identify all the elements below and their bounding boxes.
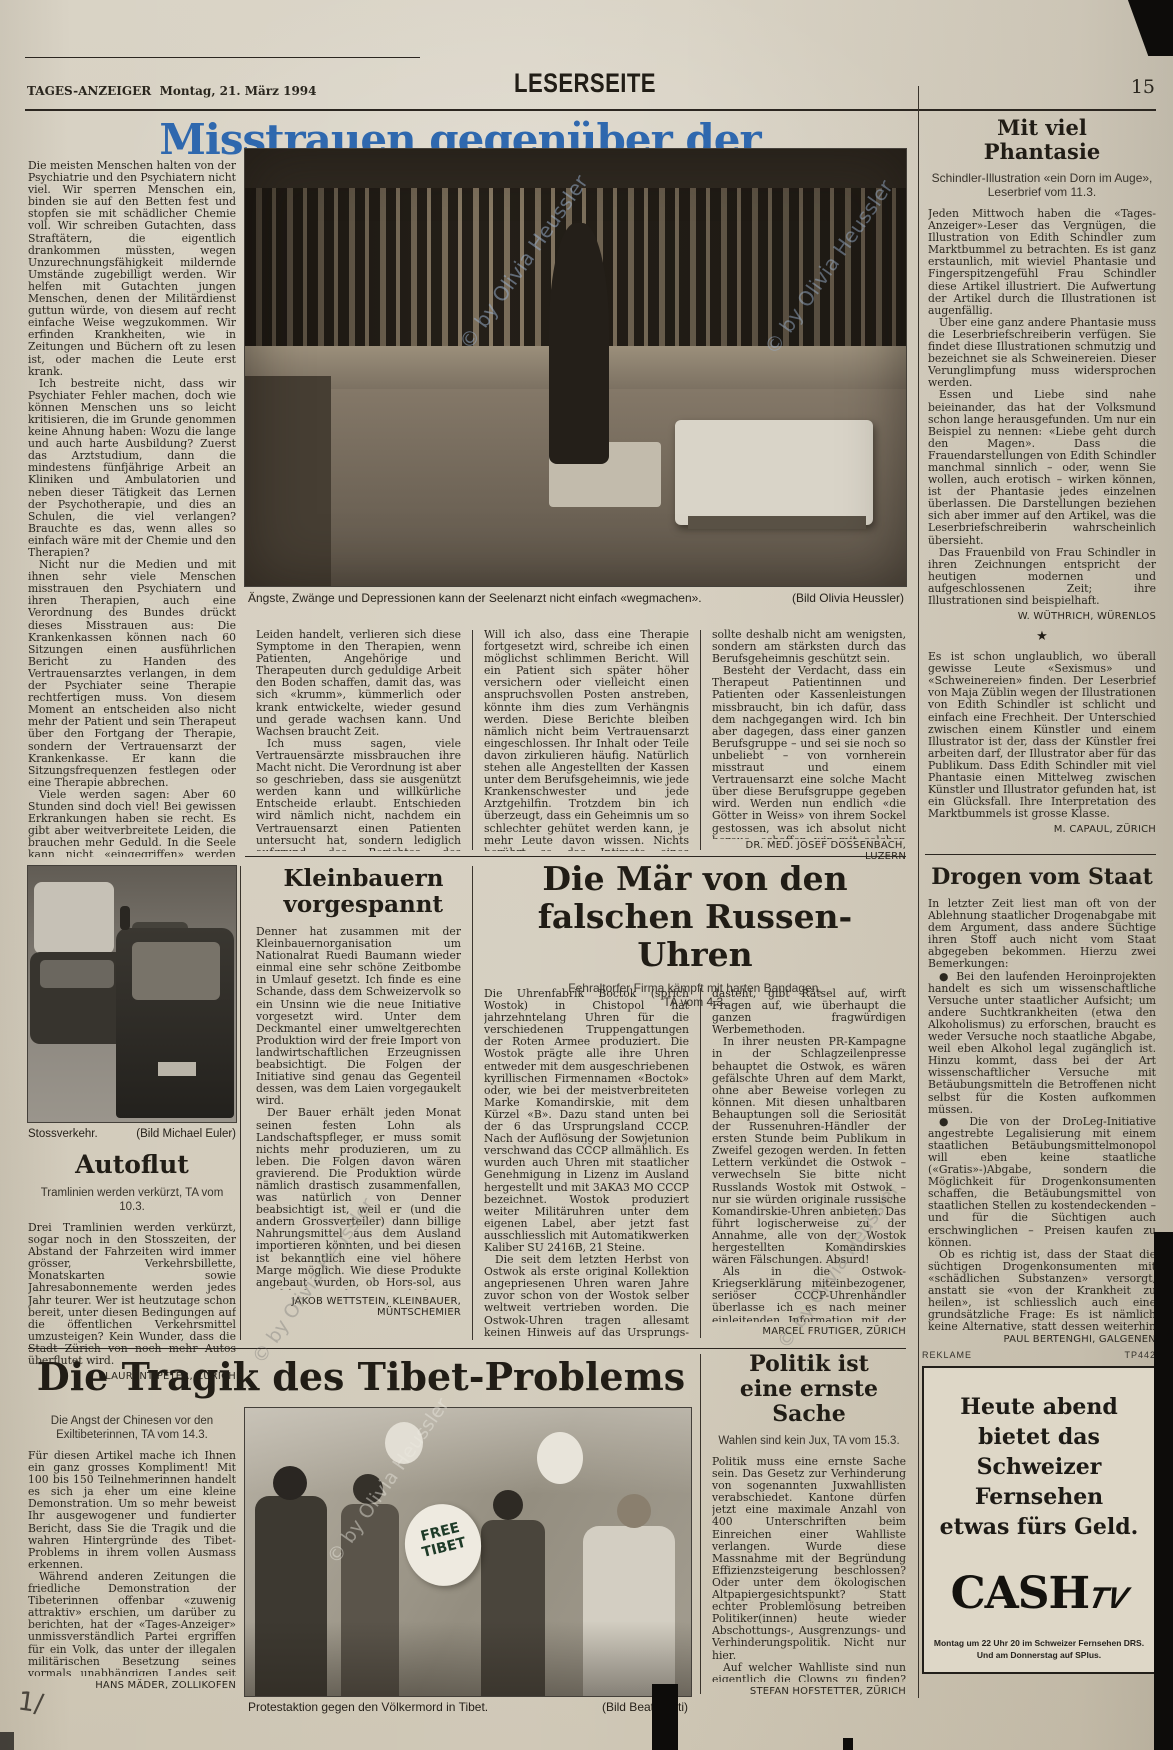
psychiatrie-photo [245,149,906,586]
phantasie-signature-1: W. WÜTHRICH, WÜRENLOS [928,611,1156,622]
header-top-rule [25,57,420,58]
kleinbauern-headline: Kleinbauern vorgespannt [284,866,434,918]
drogen-headline: Drogen vom Staat [928,864,1156,890]
drogen-letter: Drogen vom Staat In letzter Zeit liest m… [928,864,1156,1332]
column-rule [700,630,701,850]
traffic-photo [28,866,236,1122]
autoflut-subhead: Tramlinien werden verkürzt, TA vom 10.3. [28,1186,236,1214]
psychiatrie-column-1: Die meisten Menschen halten von der Psyc… [28,160,236,857]
tibet-body: Für diesen Artikel mache ich Ihnen ein g… [28,1450,236,1676]
photo-head [493,1490,523,1520]
tibet-caption: Protestaktion gegen den Völkermord in Ti… [248,1700,488,1714]
politik-signature: STEFAN HOFSTETTER, ZÜRICH [712,1686,906,1697]
column-rule [472,630,473,850]
photo-head-right [617,1494,651,1528]
photo-rear-window [132,942,220,1000]
psychiatrie-caption-row: Ängste, Zwänge und Depressionen kann der… [248,591,904,605]
photo-credit: (Bild Olivia Heussler) [792,591,904,605]
paper-name: TAGES-ANZEIGER [27,84,151,98]
traffic-caption: Stossverkehr. [28,1128,98,1140]
phantasie-subhead: Schindler-Illustration «ein Dorn im Auge… [928,171,1156,199]
sidebar-rule [918,86,919,1698]
column-rule [700,1354,701,1694]
traffic-caption-row: Stossverkehr. (Bild Michael Euler) [28,1128,236,1140]
reklame-code: TP442 [1124,1350,1156,1360]
phantasie-body-2: Es ist schon unglaublich, wo überall gew… [928,651,1156,820]
photo-caption: Ängste, Zwänge und Depressionen kann der… [248,591,702,605]
tibet-caption-row: Protestaktion gegen den Völkermord in Ti… [248,1700,688,1714]
photo-crowd-shadow [245,1621,691,1696]
ad-text: Heute abend bietet das Schweizer Fernseh… [924,1392,1154,1542]
psychiatrie-column-2: Leiden handelt, verlieren sich diese Sym… [256,629,461,851]
uhren-headline: Die Mär von den falschen Russen-Uhren [484,860,906,974]
tv-logo-text: TV [1085,1582,1131,1616]
autoflut-headline: Autoflut [28,1150,236,1179]
phantasie-letter: Mit viel Phantasie Schindler-Illustratio… [928,116,1156,852]
scan-edge-mark [652,1684,678,1750]
photo-van [34,882,114,954]
politik-letter: Politik ist eine ernste Sache Wahlen sin… [712,1352,906,1682]
uhren-signature: MARCEL FRUTIGER, ZÜRICH [712,1326,906,1337]
section-divider [245,856,906,857]
column-rule [240,866,241,1340]
scan-edge-mark [1118,0,1173,56]
tibet-subhead: Die Angst der Chinesen vor den Exiltibet… [28,1414,236,1442]
scan-edge-mark [843,1738,853,1750]
tibet-headline: Die Tragik des Tibet-Problems [36,1354,686,1399]
photo-pedestrian [120,906,130,930]
handwritten-mark: 1/ [16,1686,45,1719]
photo-head [353,1474,383,1504]
photo-balloon-small [537,1432,583,1484]
photo-sky [245,1408,691,1494]
photo-car-window [40,960,114,988]
politik-headline: Politik ist eine ernste Sache [729,1352,889,1427]
photo-vignette [245,149,906,586]
scan-edge-mark [1154,1232,1173,1750]
drogen-body: In letzter Zeit liest man oft von der Ab… [928,898,1156,1332]
issue-date: Montag, 21. März 1994 [160,84,317,98]
balloon-text: FREE TIBET [401,1515,482,1564]
section-title: LESERSEITE [433,68,736,99]
sidebar-divider [925,854,1156,855]
reklame-row: REKLAME TP442 [922,1350,1156,1360]
column-rule [472,866,473,1340]
psychiatrie-column-3: Will ich also, dass eine Therapie fortge… [484,629,689,851]
photo-balloon-top [385,1422,423,1464]
phantasie-signature-2: M. CAPAUL, ZÜRICH [928,824,1156,835]
photo-license-plate [158,1062,196,1076]
masthead: TAGES-ANZEIGER Montag, 21. März 1994 [27,84,317,98]
newspaper-page: TAGES-ANZEIGER Montag, 21. März 1994 LES… [0,0,1173,1750]
politik-body: Politik muss eine ernste Sache sein. Das… [712,1456,906,1682]
cash-tv-logo: CASHTV [924,1568,1154,1619]
tibet-signature: HANS MÄDER, ZOLLIKOFEN [28,1680,236,1691]
letter-separator-star: ★ [928,629,1156,644]
autoflut-body: Drei Tramlinien werden verkürzt, sogar n… [28,1222,236,1367]
kleinbauern-body: Denner hat zusammen mit der Kleinbauerno… [256,926,461,1290]
traffic-credit: (Bild Michael Euler) [136,1128,236,1140]
drogen-signature: PAUL BERTENGHI, GALGENEN [928,1334,1156,1345]
cash-logo-text: CASH [951,1568,1090,1619]
tibet-photo: FREE TIBET [245,1408,691,1696]
uhren-article-head: Die Mär von den falschen Russen-Uhren Fe… [484,860,906,1009]
scan-edge-mark [0,1732,14,1750]
kleinbauern-letter: Kleinbauern vorgespannt Denner hat zusam… [256,866,461,1290]
politik-subhead: Wahlen sind kein Jux, TA vom 15.3. [712,1434,906,1448]
uhren-column-2: dasteht, gibt Rätsel auf, wirft Fragen a… [712,988,906,1322]
column-rule [700,988,701,1338]
photo-head-left [273,1466,307,1500]
bottom-section-rule [28,1348,906,1349]
reklame-label: REKLAME [922,1350,972,1360]
ad-small-print: Montag um 22 Uhr 20 im Schweizer Fernseh… [924,1637,1154,1661]
photo-balloon-free-tibet: FREE TIBET [398,1498,487,1592]
phantasie-headline: Mit viel Phantasie [967,116,1117,164]
tv-ad: Heute abend bietet das Schweizer Fernseh… [922,1366,1156,1674]
psychiatrie-column-4: sollte deshalb nicht am wenigsten, sonde… [712,629,906,839]
kleinbauern-signature: JAKOB WETTSTEIN, KLEINBAUER, MÜNTSCHEMIE… [256,1296,461,1318]
phantasie-body-1: Jeden Mittwoch haben die «Tages-Anzeiger… [928,208,1156,607]
header-bottom-rule [25,109,1156,111]
page-number: 15 [1110,76,1155,98]
uhren-column-1: Die Uhrenfabrik Boctok (sprich Wostok) i… [484,988,689,1338]
